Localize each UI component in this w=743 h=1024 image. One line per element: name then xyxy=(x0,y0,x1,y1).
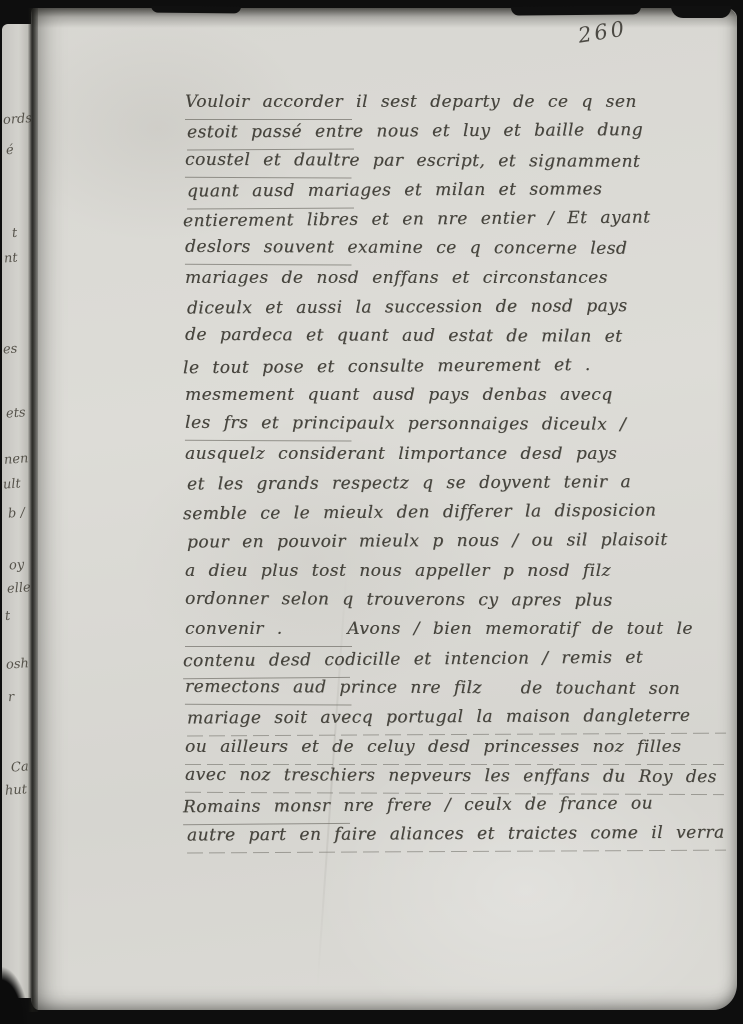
manuscript-page: 260 Vouloir accorder il sest departy de … xyxy=(31,8,737,1010)
binding-gutter-shadow xyxy=(28,8,38,1012)
manuscript-line: ou ailleurs et de celuy desd princesses … xyxy=(185,737,741,766)
manuscript-line: coustel et daultre par escript, et signa… xyxy=(185,149,741,181)
manuscript-line: les frs et principaulx personnaiges dice… xyxy=(185,413,741,445)
manuscript-line: quant ausd mariages et milan et sommes xyxy=(187,178,743,210)
manuscript-line: ausquelz considerant limportance desd pa… xyxy=(185,444,741,473)
manuscript-line: entierement libres et en nre entier / Et… xyxy=(183,207,739,241)
manuscript-line: et les grands respectz q se doyvent teni… xyxy=(187,471,743,503)
manuscript-line: mariages de nosd enffans et circonstance… xyxy=(185,268,741,297)
manuscript-line: deslors souvent examine ce q concerne le… xyxy=(185,237,741,269)
previous-page-text-fragment: b / xyxy=(7,505,25,521)
manuscript-line: diceulx et aussi la succession de nosd p… xyxy=(187,296,743,328)
previous-page-text-fragment: t xyxy=(11,226,17,241)
manuscript-line: convenir . Avons / bien memoratif de tou… xyxy=(185,619,741,648)
manuscript-line: pour en pouvoir mieulx p nous / ou sil p… xyxy=(187,530,743,562)
paper-edge-notch xyxy=(511,5,641,15)
manuscript-line: a dieu plus tost nous appeller p nosd fi… xyxy=(185,561,741,590)
manuscript-line: autre part en faire aliances et traictes… xyxy=(187,823,743,855)
previous-page-text-fragment: Ca xyxy=(10,759,29,775)
manuscript-line: mariage soit avecq portugal la maison da… xyxy=(187,706,743,738)
previous-page-text-fragment: hut xyxy=(5,782,28,798)
previous-page-text-fragment: nen xyxy=(4,451,29,468)
manuscript-line: de pardeca et quant aud estat de milan e… xyxy=(185,325,741,357)
manuscript-line: Vouloir accorder il sest departy de ce q… xyxy=(185,92,741,121)
manuscript-line: semble ce le mieulx den differer la disp… xyxy=(183,500,739,534)
previous-page-text-fragment: ets xyxy=(6,405,27,421)
previous-page-text-fragment: osh xyxy=(6,656,30,673)
scanned-manuscript-photo: ordsétntesetsnenultb /oyelletoshrCahut 2… xyxy=(0,0,743,1024)
manuscript-line: le tout pose et consulte meurement et . xyxy=(183,354,739,388)
previous-page-text-fragment: t xyxy=(4,609,10,624)
manuscript-line: Romains monsr nre frere / ceulx de franc… xyxy=(183,793,739,827)
manuscript-line: estoit passé entre nous et luy et baille… xyxy=(187,120,743,152)
previous-page-text-fragment: ult xyxy=(2,476,21,492)
previous-page-text-fragment: é xyxy=(5,143,14,159)
manuscript-line: mesmement quant ausd pays denbas avecq xyxy=(185,385,741,414)
previous-page-text-fragment: nt xyxy=(3,251,18,267)
manuscript-line: contenu desd codicille et intencion / re… xyxy=(183,646,739,680)
previous-page-text-fragment: oy xyxy=(8,557,24,573)
manuscript-line: remectons aud prince nre filz de touchan… xyxy=(185,677,741,709)
manuscript-line: ordonner selon q trouverons cy apres plu… xyxy=(185,589,741,621)
bottom-gutter-shadow xyxy=(0,934,34,1024)
previous-page-text-fragment: es xyxy=(2,342,17,358)
paper-edge-notch xyxy=(671,6,731,18)
manuscript-line: avec noz treschiers nepveurs les enffans… xyxy=(185,765,741,797)
previous-page-text-fragment: r xyxy=(7,690,14,705)
manuscript-text-block: Vouloir accorder il sest departy de ce q… xyxy=(185,92,741,854)
paper-edge-notch xyxy=(151,6,241,14)
